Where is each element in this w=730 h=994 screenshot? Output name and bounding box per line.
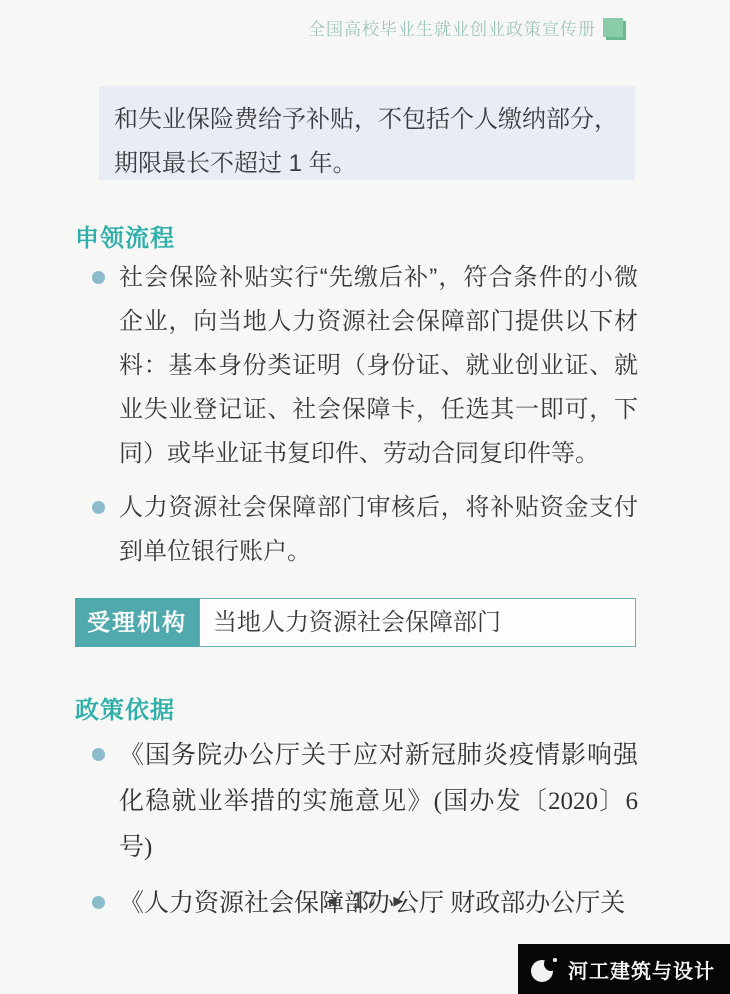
list-item: 人力资源社会保障部门审核后，将补贴资金支付到单位银行账户。 xyxy=(92,486,638,574)
page-number: 17 xyxy=(352,888,378,913)
accepting-agency-row: 受理机构 当地人力资源社会保障部门 xyxy=(75,598,636,647)
agency-value-box: 当地人力资源社会保障部门 xyxy=(199,598,636,647)
prev-page-icon[interactable]: ◀ xyxy=(318,893,346,908)
agency-label-badge: 受理机构 xyxy=(75,598,199,647)
green-square-booklet-icon xyxy=(603,18,623,37)
highlight-box: 和失业保险费给予补贴，不包括个人缴纳部分，期限最长不超过 1 年。 xyxy=(99,86,635,180)
page-header: 全国高校毕业生就业创业政策宣传册 xyxy=(308,15,623,40)
application-process-list: 社会保险补贴实行“先缴后补”，符合条件的小微企业，向当地人力资源社会保障部门提供… xyxy=(92,256,638,584)
section-heading-policy-basis: 政策依据 xyxy=(75,690,175,725)
watermark-text: 河工建筑与设计 xyxy=(568,955,715,984)
highlight-text: 和失业保险费给予补贴，不包括个人缴纳部分，期限最长不超过 1 年。 xyxy=(114,106,618,177)
list-item: 《国务院办公厅关于应对新冠肺炎疫情影响强化稳就业举措的实施意见》(国办发〔202… xyxy=(92,733,638,871)
list-item-text: 社会保险补贴实行“先缴后补”，符合条件的小微企业，向当地人力资源社会保障部门提供… xyxy=(119,256,638,476)
list-item-text: 人力资源社会保障部门审核后，将补贴资金支付到单位银行账户。 xyxy=(119,486,638,574)
section-heading-application-process: 申领流程 xyxy=(75,218,175,253)
watermark-bar: 河工建筑与设计 xyxy=(518,944,730,994)
list-item: 社会保险补贴实行“先缴后补”，符合条件的小微企业，向当地人力资源社会保障部门提供… xyxy=(92,256,638,476)
crescent-moon-logo-icon xyxy=(531,957,558,982)
next-page-icon[interactable]: ▶ xyxy=(384,893,412,908)
bullet-dot-icon xyxy=(92,501,105,514)
pager: ◀ 17 ▶ xyxy=(0,888,730,914)
bullet-dot-icon xyxy=(92,748,105,761)
list-item-text: 《国务院办公厅关于应对新冠肺炎疫情影响强化稳就业举措的实施意见》(国办发〔202… xyxy=(119,733,638,871)
header-title: 全国高校毕业生就业创业政策宣传册 xyxy=(308,15,596,40)
bullet-dot-icon xyxy=(92,271,105,284)
pamphlet-page: 全国高校毕业生就业创业政策宣传册 和失业保险费给予补贴，不包括个人缴纳部分，期限… xyxy=(0,0,730,994)
